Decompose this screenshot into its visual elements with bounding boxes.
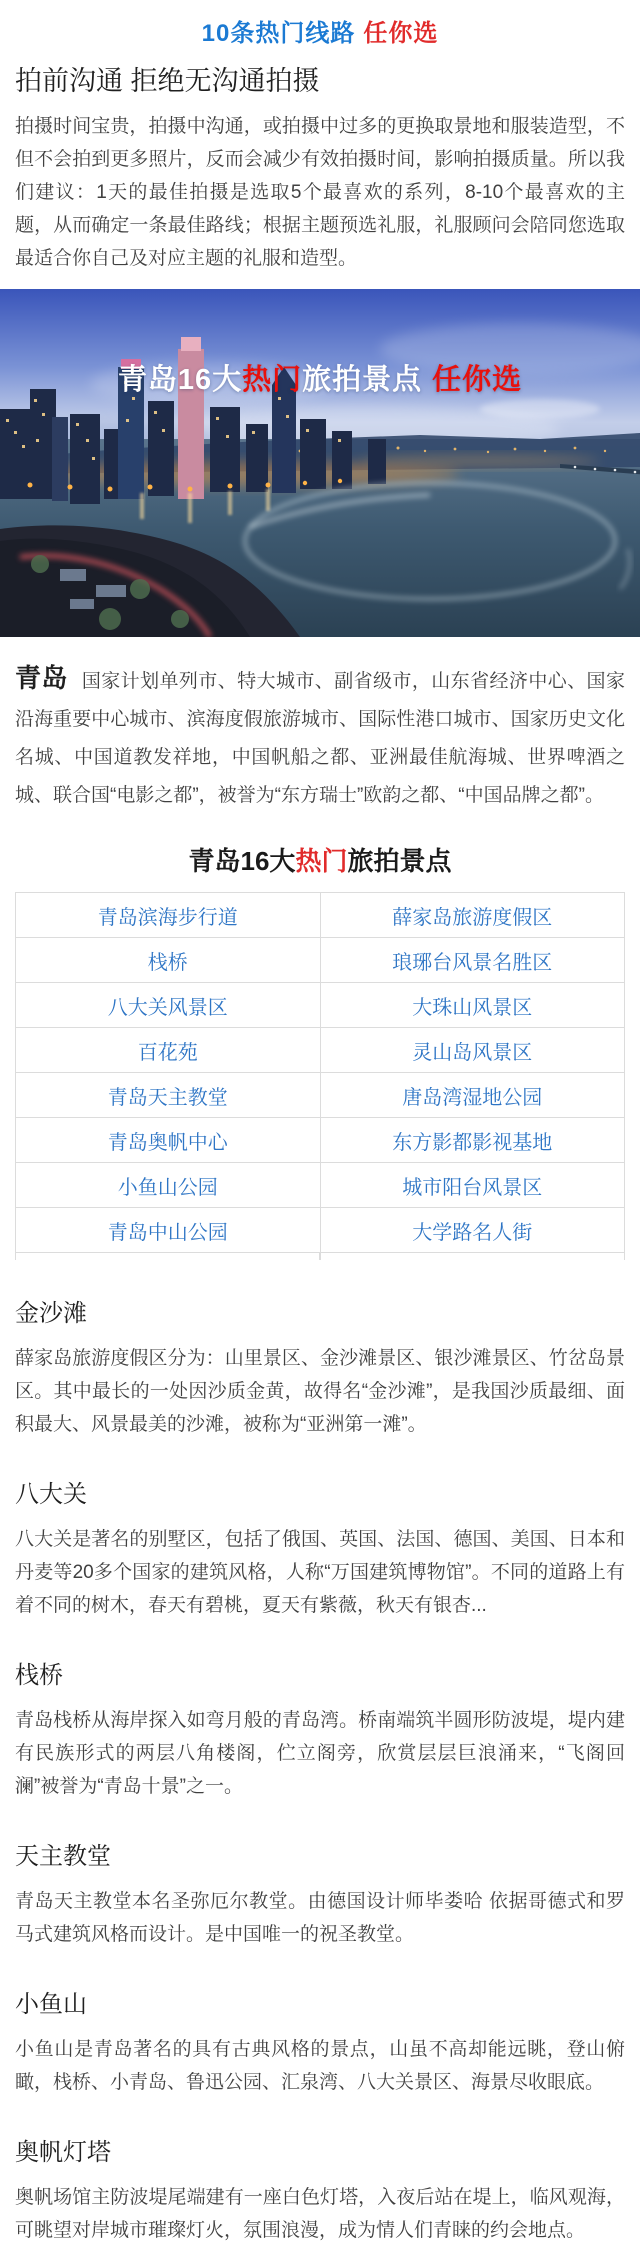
spot-link[interactable]: 薛家岛旅游度假区 <box>320 893 625 938</box>
intro-paragraph: 拍摄时间宝贵，拍摄中沟通，或拍摄中过多的更换取景地和服装造型，不但不会拍到更多照… <box>15 110 625 275</box>
spots-table: 青岛滨海步行道 薛家岛旅游度假区 栈桥 琅琊台风景名胜区 八大关风景区 大珠山风… <box>15 892 625 1253</box>
spot-link[interactable]: 青岛天主教堂 <box>16 1073 321 1118</box>
intro-heading: 拍前沟通 拒绝无沟通拍摄 <box>15 59 625 98</box>
section-xiaoyushan: 小鱼山 小鱼山是青岛著名的具有古典风格的景点，山虽不高却能远眺，登山俯瞰，栈桥、… <box>0 1984 640 2099</box>
spot-link[interactable]: 青岛奥帆中心 <box>16 1118 321 1163</box>
section-heading: 小鱼山 <box>15 1984 625 2019</box>
page: 10条热门线路任你选 拍前沟通 拒绝无沟通拍摄 拍摄时间宝贵，拍摄中沟通，或拍摄… <box>0 0 640 2247</box>
spot-link[interactable]: 唐岛湾湿地公园 <box>320 1073 625 1118</box>
table-row: 八大关风景区 大珠山风景区 <box>16 983 625 1028</box>
spot-link[interactable]: 琅琊台风景名胜区 <box>320 938 625 983</box>
table-row: 栈桥 琅琊台风景名胜区 <box>16 938 625 983</box>
section-heading: 金沙滩 <box>15 1293 625 1328</box>
hero-title: 青岛16大热门旅拍景点任你选 <box>0 357 640 398</box>
section-paragraph: 青岛天主教堂本名圣弥厄尔教堂。由德国设计师毕娄哈 依据哥德式和罗马式建筑风格而设… <box>15 1885 625 1951</box>
table-row: 小鱼山公园 城市阳台风景区 <box>16 1163 625 1208</box>
spot-link[interactable]: 百花苑 <box>16 1028 321 1073</box>
hero-title-part4: 任你选 <box>432 364 522 396</box>
spot-link[interactable]: 城市阳台风景区 <box>320 1163 625 1208</box>
section-heading: 八大关 <box>15 1474 625 1509</box>
qingdao-intro: 青岛国家计划单列市、特大城市、副省级市，山东省经济中心、国家沿海重要中心城市、滨… <box>0 637 640 815</box>
qingdao-intro-text: 国家计划单列市、特大城市、副省级市，山东省经济中心、国家沿海重要中心城市、滨海度… <box>15 671 625 806</box>
table-cropped-row <box>15 1253 625 1260</box>
section-aofandengta: 奥帆灯塔 奥帆场馆主防波堤尾端建有一座白色灯塔，入夜后站在堤上，临风观海，可眺望… <box>0 2132 640 2247</box>
spot-link[interactable]: 大学路名人街 <box>320 1208 625 1253</box>
section-jinshatan: 金沙滩 薛家岛旅游度假区分为：山里景区、金沙滩景区、银沙滩景区、竹岔岛景区。其中… <box>0 1293 640 1441</box>
table-title-part2: 热门 <box>295 846 347 876</box>
section-tianzhujiaotang: 天主教堂 青岛天主教堂本名圣弥厄尔教堂。由德国设计师毕娄哈 依据哥德式和罗马式建… <box>0 1836 640 1951</box>
section-paragraph: 青岛栈桥从海岸探入如弯月般的青岛湾。桥南端筑半圆形防波堤，堤内建有民族形式的两层… <box>15 1704 625 1803</box>
qingdao-city-name: 青岛 <box>15 663 68 693</box>
spot-link[interactable]: 大珠山风景区 <box>320 983 625 1028</box>
table-title-part1: 青岛16大 <box>189 846 296 876</box>
spot-link[interactable]: 青岛中山公园 <box>16 1208 321 1253</box>
spot-link[interactable]: 栈桥 <box>16 938 321 983</box>
table-row: 百花苑 灵山岛风景区 <box>16 1028 625 1073</box>
spot-link[interactable]: 八大关风景区 <box>16 983 321 1028</box>
table-title-part3: 旅拍景点 <box>347 846 451 876</box>
table-row: 青岛天主教堂 唐岛湾湿地公园 <box>16 1073 625 1118</box>
spot-link[interactable]: 东方影都影视基地 <box>320 1118 625 1163</box>
hero-title-part3: 旅拍景点 <box>302 364 422 396</box>
spot-link[interactable]: 灵山岛风景区 <box>320 1028 625 1073</box>
page-title: 10条热门线路任你选 <box>0 13 640 48</box>
section-heading: 天主教堂 <box>15 1836 625 1871</box>
table-row: 青岛奥帆中心 东方影都影视基地 <box>16 1118 625 1163</box>
table-row: 青岛滨海步行道 薛家岛旅游度假区 <box>16 893 625 938</box>
page-title-routes: 10条热门线路 <box>202 20 356 47</box>
section-badaguan: 八大关 八大关是著名的别墅区，包括了俄国、英国、法国、德国、美国、日本和丹麦等2… <box>0 1474 640 1622</box>
spots-table-title: 青岛16大热门旅拍景点 <box>0 841 640 878</box>
spot-link[interactable]: 小鱼山公园 <box>16 1163 321 1208</box>
section-paragraph: 薛家岛旅游度假区分为：山里景区、金沙滩景区、银沙滩景区、竹岔岛景区。其中最长的一… <box>15 1342 625 1441</box>
section-paragraph: 八大关是著名的别墅区，包括了俄国、英国、法国、德国、美国、日本和丹麦等20多个国… <box>15 1523 625 1622</box>
section-heading: 栈桥 <box>15 1655 625 1690</box>
section-heading: 奥帆灯塔 <box>15 2132 625 2167</box>
section-zhanqiao: 栈桥 青岛栈桥从海岸探入如弯月般的青岛湾。桥南端筑半圆形防波堤，堤内建有民族形式… <box>0 1655 640 1803</box>
hero-title-part2: 热门 <box>242 364 302 396</box>
page-title-choose: 任你选 <box>363 20 438 47</box>
table-row: 青岛中山公园 大学路名人街 <box>16 1208 625 1253</box>
hero-image: 青岛16大热门旅拍景点任你选 <box>0 289 640 637</box>
section-paragraph: 奥帆场馆主防波堤尾端建有一座白色灯塔，入夜后站在堤上，临风观海，可眺望对岸城市璀… <box>15 2181 625 2247</box>
qingdao-bay-illustration <box>0 289 640 637</box>
spot-link[interactable]: 青岛滨海步行道 <box>16 893 321 938</box>
hero-title-part1: 青岛16大 <box>118 364 242 396</box>
section-paragraph: 小鱼山是青岛著名的具有古典风格的景点，山虽不高却能远眺，登山俯瞰，栈桥、小青岛、… <box>15 2033 625 2099</box>
